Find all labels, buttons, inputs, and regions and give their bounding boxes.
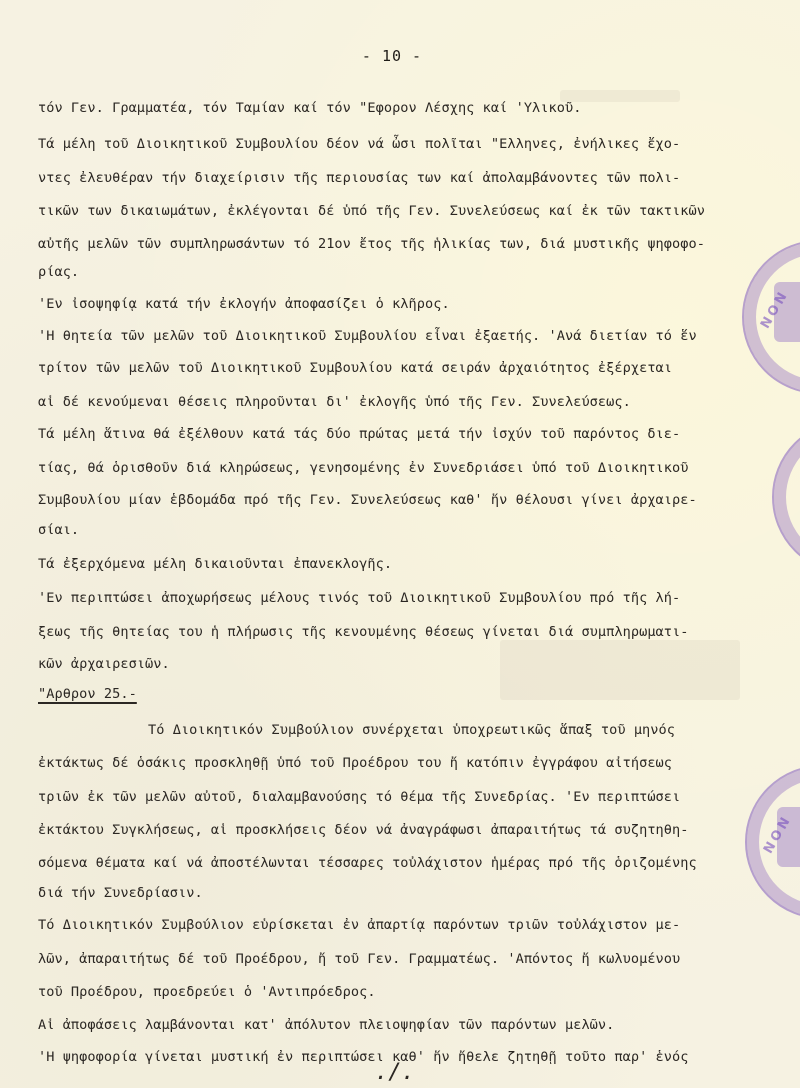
text-line: ἐκτάκτως δέ ὁσάκις προσκληθῇ ὑπό τοῦ Προ… bbox=[38, 755, 672, 771]
text-line: τικῶν των δικαιωμάτων, ἐκλέγονται δέ ὑπό… bbox=[38, 203, 705, 219]
text-line: 'Η θητεία τῶν μελῶν τοῦ Διοικητικοῦ Συμβ… bbox=[38, 328, 697, 344]
text-line: αὐτῆς μελῶν τῶν συμπληρωσάντων τό 21ον ἔ… bbox=[38, 236, 705, 252]
text-line: Τά μέλη ἅτινα θά ἐξέλθουν κατά τάς δύο π… bbox=[38, 426, 680, 442]
article-heading: "Αρθρον 25.- bbox=[38, 686, 137, 702]
text-line: κῶν ἀρχαιρεσιῶν. bbox=[38, 656, 170, 672]
text-line: Τά μέλη τοῦ Διοικητικοῦ Συμβουλίου δέον … bbox=[38, 136, 680, 152]
document-page: - 10 - τόν Γεν. Γραμματέα, τόν Ταμίαν κα… bbox=[0, 0, 800, 1088]
text-line: λῶν, ἀπαραιτήτως δέ τοῦ Προέδρου, ἤ τοῦ … bbox=[38, 951, 680, 967]
text-line: ξεως τῆς θητείας του ἡ πλήρωσις τῆς κενο… bbox=[38, 624, 689, 640]
text-line: Τό Διοικητικόν Συμβούλιον συνέρχεται ὑπο… bbox=[148, 722, 675, 738]
paper-smudge bbox=[500, 640, 740, 700]
text-line: ρίας. bbox=[38, 264, 79, 280]
text-line: τοῦ Προέδρου, προεδρεύει ὁ 'Αντιπρόεδρος… bbox=[38, 984, 376, 1000]
text-line: 'Εν περιπτώσει ἀποχωρήσεως μέλους τινός … bbox=[38, 590, 680, 606]
text-line: τόν Γεν. Γραμματέα, τόν Ταμίαν καί τόν "… bbox=[38, 100, 581, 116]
official-stamp: ΝΟΝ bbox=[745, 765, 800, 919]
text-line: σίαι. bbox=[38, 522, 79, 538]
text-line: 'Εν ἰσοψηφίᾳ κατά τήν ἐκλογήν ἀποφασίζει… bbox=[38, 296, 450, 312]
text-line: τριῶν ἐκ τῶν μελῶν αὐτοῦ, διαλαμβανούσης… bbox=[38, 789, 680, 805]
text-line: Συμβουλίου μίαν ἑβδομάδα πρό τῆς Γεν. Συ… bbox=[38, 492, 697, 508]
text-line: Τά ἐξερχόμενα μέλη δικαιοῦνται ἐπανεκλογ… bbox=[38, 556, 392, 572]
text-line: 'Η ψηφοφορία γίνεται μυστική ἐν περιπτώσ… bbox=[38, 1049, 689, 1065]
text-line: ἐκτάκτου Συγκλήσεως, αἱ προσκλήσεις δέον… bbox=[38, 822, 689, 838]
text-line: διά τήν Συνεδρίασιν. bbox=[38, 885, 203, 901]
page-number: - 10 - bbox=[0, 47, 792, 65]
text-line: τρίτον τῶν μελῶν τοῦ Διοικητικοῦ Συμβουλ… bbox=[38, 360, 672, 376]
text-line: ντες ἐλευθέραν τήν διαχείρισιν τῆς περιο… bbox=[38, 170, 680, 186]
text-line: σόμενα θέματα καί νά ἀποστέλωνται τέσσαρ… bbox=[38, 855, 697, 871]
text-line: αἱ δέ κενούμεναι θέσεις πληροῦνται δι' ἐ… bbox=[38, 394, 631, 410]
official-stamp: ΝΟΝ bbox=[742, 240, 800, 394]
text-line: τίας, θά ὁρισθοῦν διά κληρώσεως, γενησομ… bbox=[38, 460, 689, 476]
continuation-mark: ./. bbox=[375, 1060, 415, 1085]
text-line: Αἱ ἀποφάσεις λαμβάνονται κατ' ἀπόλυτον π… bbox=[38, 1017, 614, 1033]
text-line: Τό Διοικητικόν Συμβούλιον εὑρίσκεται ἐν … bbox=[38, 917, 680, 933]
official-stamp bbox=[772, 420, 800, 574]
